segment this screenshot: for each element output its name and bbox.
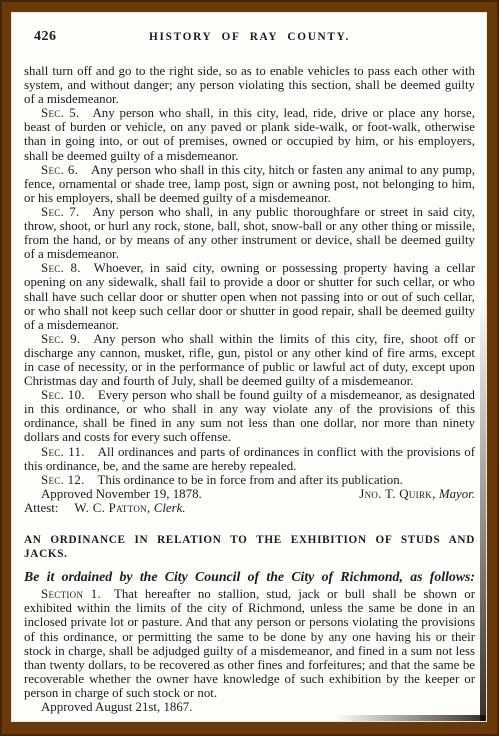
section-paragraph: Sec. 7. Any person who shall, in any pub… [24, 205, 475, 261]
page-header: 426 HISTORY OF RAY COUNTY. [24, 30, 475, 45]
section-paragraph: Sec. 10. Every person who shall be found… [24, 388, 475, 444]
mayor-name: Jno. T. Quirk, [359, 487, 435, 501]
section-label: Sec. 5. [41, 106, 80, 120]
section-label: Section 1. [41, 587, 101, 601]
page-number: 426 [34, 30, 57, 44]
mayor-signature: Jno. T. Quirk, Mayor. [359, 487, 475, 501]
section-label: Sec. 11. [41, 445, 85, 459]
scan-shadow-right [480, 296, 486, 721]
section-paragraph: Sec. 5. Any person who shall, in this ci… [24, 106, 475, 162]
clerk-name: W. C. Patton, [74, 501, 150, 515]
scan-frame: 426 HISTORY OF RAY COUNTY. shall turn of… [0, 0, 499, 736]
approval-date: Approved November 19, 1878. [24, 487, 202, 501]
section-label: Sec. 10. [41, 388, 85, 402]
ordinance-1-sections: shall turn off and go to the right side,… [24, 64, 475, 487]
enacting-clause: Be it ordained by the City Council of th… [24, 570, 475, 584]
clerk-title: Clerk. [154, 501, 186, 515]
section-paragraph: Sec. 12. This ordinance to be in force f… [24, 473, 475, 487]
section-paragraph: Sec. 11. All ordinances and parts of ord… [24, 445, 475, 473]
book-page: 426 HISTORY OF RAY COUNTY. shall turn of… [11, 12, 487, 722]
section-paragraph: Sec. 9. Any person who shall within the … [24, 332, 475, 388]
paragraph: shall turn off and go to the right side,… [24, 64, 475, 106]
section-label: Sec. 9. [41, 332, 80, 346]
section-label: Sec. 8. [41, 261, 81, 275]
section-paragraph: Sec. 8. Whoever, in said city, owning or… [24, 261, 475, 331]
section-paragraph: Sec. 6. Any person who shall in this cit… [24, 163, 475, 205]
section-label: Sec. 6. [41, 163, 78, 177]
mayor-title: Mayor. [439, 487, 475, 501]
approval-line: Approved November 19, 1878. Jno. T. Quir… [24, 487, 475, 501]
running-title: HISTORY OF RAY COUNTY. [24, 30, 475, 44]
ordinance-2-sections: Section 1. That hereafter no stallion, s… [24, 587, 475, 714]
attest-line: Attest:W. C. Patton, Clerk. [24, 501, 475, 515]
section-paragraph: Section 1. That hereafter no stallion, s… [24, 587, 475, 700]
scan-shadow-bottom [336, 715, 486, 721]
section-label: Sec. 7. [41, 205, 79, 219]
paragraph: Approved August 21st, 1867. [24, 700, 475, 714]
ordinance-2-heading: AN ORDINANCE IN RELATION TO THE EXHIBITI… [24, 533, 475, 561]
section-label: Sec. 12. [41, 473, 85, 487]
attest-label: Attest: [24, 501, 58, 515]
